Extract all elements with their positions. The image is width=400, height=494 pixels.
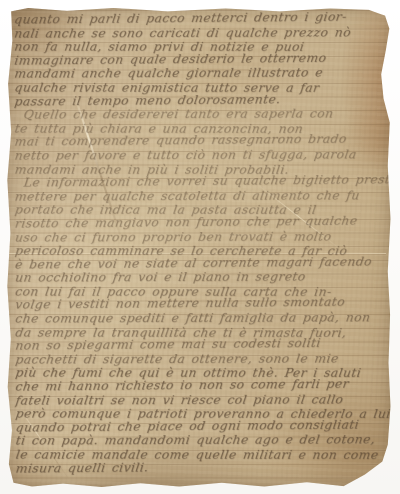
handwriting-line: immaginare con quale desiderio le otterr… <box>13 51 389 68</box>
handwriting-line: quanto mi parli di pacco metterci dentro… <box>13 10 389 27</box>
handwriting-line: Quello che desidererei tanto era saperla… <box>14 107 390 122</box>
handwriting-line: risotto che mangiavo non furono che per … <box>14 214 390 231</box>
handwriting-line: mandami anche qualche giornale illustrat… <box>13 67 389 82</box>
handwriting-text: quanto mi parli di pacco metterci dentro… <box>13 12 389 475</box>
handwriting-line: ti con papà. mandandomi qualche ago e de… <box>15 434 391 449</box>
handwriting-line: nali anche se sono caricati di qualche p… <box>13 26 389 41</box>
letter-paper: quanto mi parli di pacco metterci dentro… <box>5 7 392 488</box>
handwriting-line: fateli voialtri se non vi riesce col pia… <box>15 393 391 408</box>
handwriting-line: uso che ci furono proprio ben trovati è … <box>14 230 390 245</box>
handwriting-line: è bene che voi ne siate al corrente maga… <box>14 255 390 272</box>
handwriting-line: pacchetti di sigarette da ottenere, sono… <box>14 352 390 367</box>
handwriting-line: mettere per qualche scatoletta di alimen… <box>14 189 390 204</box>
handwriting-line: un occhiolino fra voi e il piano in segr… <box>14 271 390 286</box>
scan-background: quanto mi parli di pacco metterci dentro… <box>0 0 400 494</box>
handwriting-line: che mi hanno richiesto io non so come fa… <box>15 377 391 394</box>
handwriting-line: quando potrai che piace od ogni modo con… <box>15 418 391 435</box>
handwriting-line: Le informazioni che vorrei su qualche bi… <box>14 174 390 191</box>
handwriting-line: che comunque spediti e fatti famiglia da… <box>14 311 390 326</box>
handwriting-line: misura quelli civili. <box>15 461 185 476</box>
handwriting-line: netto per favore e tutto ciò non ti sfug… <box>14 148 390 163</box>
handwriting-line: le camicie mandale come quelle militari … <box>15 449 391 463</box>
handwriting-line: passare il tempo meno dolorosamente. <box>14 92 390 109</box>
handwriting-line: mai ti comprendere quando rassegnarono b… <box>14 133 390 150</box>
handwriting-line: non so spiegarmi come mai su codesti sol… <box>14 337 390 354</box>
handwriting-line: volge i vestiti non mettere nulla sullo … <box>14 296 390 313</box>
